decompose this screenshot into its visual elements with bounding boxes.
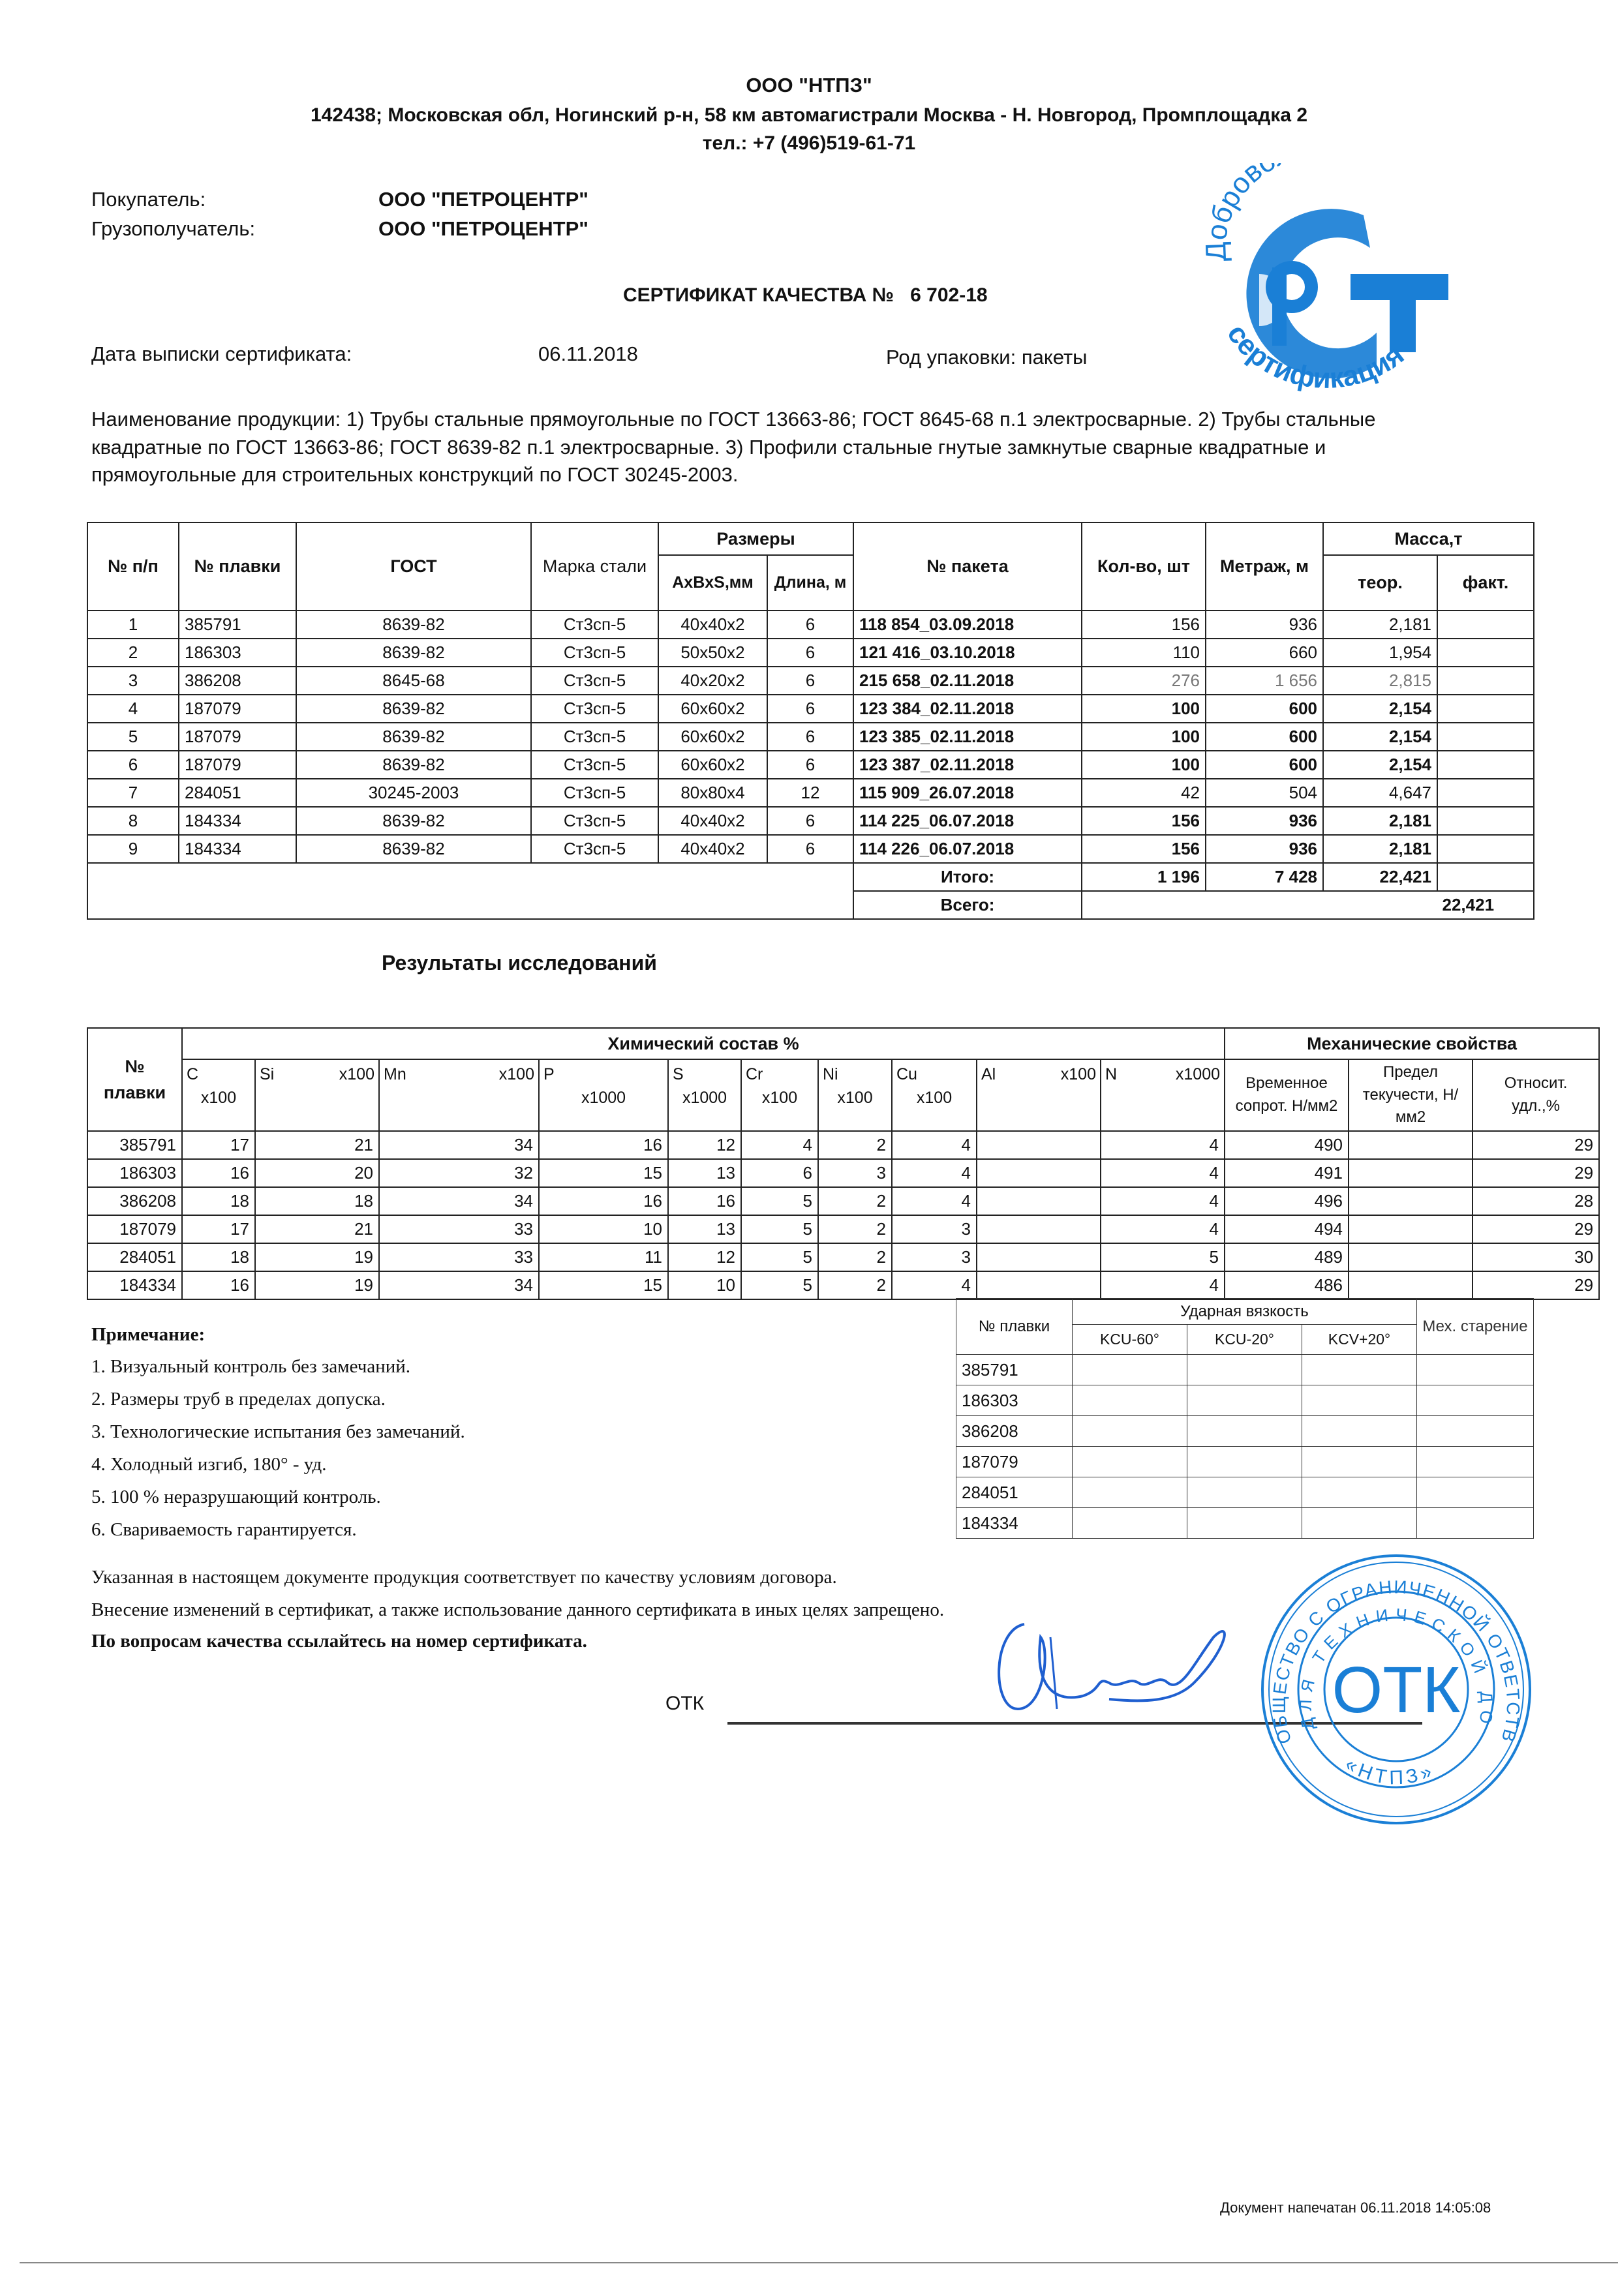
results-row: 3862081818341616524449628 [87, 1187, 1599, 1215]
cell-aging [1417, 1385, 1534, 1416]
shipment-table: № п/п № плавки ГОСТ Марка стали Размеры … [87, 522, 1534, 920]
cell-meters: 936 [1206, 835, 1323, 863]
res-col-chem: Химический состав % [182, 1028, 1225, 1059]
element-unit: x1000 [1176, 1063, 1220, 1086]
cell-num: 5 [87, 723, 179, 751]
cell-kcu60 [1073, 1416, 1187, 1447]
cell-fact [1437, 695, 1534, 723]
cell-yield [1349, 1159, 1473, 1187]
cell-qty: 156 [1082, 611, 1206, 639]
cell-size: 40x40x2 [658, 611, 767, 639]
cell-heat: 186303 [179, 639, 296, 667]
cell-cr: 4 [741, 1131, 818, 1159]
cell-package: 121 416_03.10.2018 [853, 639, 1082, 667]
element-symbol: Cu [896, 1065, 917, 1083]
element-symbol: Ni [823, 1065, 838, 1083]
cert-date-value: 06.11.2018 [538, 342, 638, 366]
cell-length: 6 [767, 695, 853, 723]
cell-theor: 1,954 [1323, 639, 1437, 667]
impact-table: № плавки Ударная вязкость Мех. старение … [956, 1298, 1534, 1539]
buyer-label: Покупатель: [91, 188, 206, 211]
notes-title: Примечание: [91, 1324, 205, 1346]
cell-p: 15 [539, 1271, 668, 1299]
cell-meters: 936 [1206, 807, 1323, 835]
col-package: № пакета [853, 522, 1082, 611]
res-col-p: Px1000 [539, 1059, 668, 1131]
cell-kcu20 [1187, 1508, 1302, 1539]
cell-al [977, 1187, 1101, 1215]
packaging-type: Род упаковки: пакеты [886, 346, 1087, 369]
cell-fact [1437, 807, 1534, 835]
cell-grade: Ст3сп-5 [531, 779, 658, 807]
cell-heat: 386208 [179, 667, 296, 695]
cell-size: 80x80x4 [658, 779, 767, 807]
results-row: 2840511819331112523548930 [87, 1243, 1599, 1271]
cell-c: 18 [182, 1243, 255, 1271]
cell-s: 13 [668, 1159, 741, 1187]
shipment-row: 41870798639-82Ст3сп-560x60x26123 384_02.… [87, 695, 1534, 723]
cell-heat: 186303 [87, 1159, 182, 1187]
cell-kcu20 [1187, 1385, 1302, 1416]
cell-grade: Ст3сп-5 [531, 639, 658, 667]
cell-kcu60 [1073, 1355, 1187, 1385]
cell-heat: 184334 [87, 1271, 182, 1299]
cell-cu: 4 [892, 1187, 977, 1215]
cell-kcu20 [1187, 1447, 1302, 1477]
cell-heat: 187079 [179, 751, 296, 779]
results-row: 3857911721341612424449029 [87, 1131, 1599, 1159]
cell-gost: 8639-82 [296, 695, 531, 723]
rst-logo-icon: Добровольная сертификация [1187, 163, 1461, 411]
cell-num: 7 [87, 779, 179, 807]
cell-mn: 32 [379, 1159, 539, 1187]
cell-theor: 2,154 [1323, 723, 1437, 751]
cell-package: 123 387_02.11.2018 [853, 751, 1082, 779]
shipment-row: 61870798639-82Ст3сп-560x60x26123 387_02.… [87, 751, 1534, 779]
cell-length: 6 [767, 639, 853, 667]
cell-package: 215 658_02.11.2018 [853, 667, 1082, 695]
col-fact: факт. [1437, 555, 1534, 611]
note-item: 3. Технологические испытания без замечан… [91, 1415, 465, 1448]
product-name-line-2: квадратные по ГОСТ 13663-86; ГОСТ 8639-8… [91, 436, 1326, 459]
cell-heat: 385791 [179, 611, 296, 639]
cell-qty: 156 [1082, 835, 1206, 863]
element-symbol: Si [260, 1065, 274, 1083]
cell-theor: 2,154 [1323, 695, 1437, 723]
cell-p: 11 [539, 1243, 668, 1271]
results-table: № плавки Химический состав % Механически… [87, 1027, 1600, 1300]
cell-yield [1349, 1215, 1473, 1243]
cell-al [977, 1131, 1101, 1159]
cell-heat: 184334 [179, 835, 296, 863]
cell-cr: 5 [741, 1187, 818, 1215]
col-meters: Метраж, м [1206, 522, 1323, 611]
cell-kcu60 [1073, 1477, 1187, 1508]
cell-ni: 2 [818, 1187, 892, 1215]
cell-s: 12 [668, 1131, 741, 1159]
cell-fact [1437, 751, 1534, 779]
company-name: ООО "НТПЗ" [0, 74, 1618, 97]
res-col-mn: Mnx100 [379, 1059, 539, 1131]
cell-p: 15 [539, 1159, 668, 1187]
cell-s: 13 [668, 1215, 741, 1243]
cell-meters: 600 [1206, 695, 1323, 723]
cell-package: 114 225_06.07.2018 [853, 807, 1082, 835]
cell-ni: 2 [818, 1271, 892, 1299]
cell-si: 19 [255, 1271, 379, 1299]
product-name-line-1: Наименование продукции: 1) Трубы стальны… [91, 408, 1375, 431]
cell-aging [1417, 1477, 1534, 1508]
cell-gost: 8639-82 [296, 835, 531, 863]
cell-si: 21 [255, 1215, 379, 1243]
otk-center-text: ОТК [1332, 1654, 1460, 1727]
cell-si: 19 [255, 1243, 379, 1271]
element-symbol: S [673, 1065, 684, 1083]
subtotal-row: Итого: 1 196 7 428 22,421 [87, 863, 1534, 891]
impact-row: 385791 [956, 1355, 1534, 1385]
note-item: 5. 100 % неразрушающий контроль. [91, 1481, 465, 1513]
impact-row: 184334 [956, 1508, 1534, 1539]
col-dims: Размеры [658, 522, 853, 555]
res-col-cu: Cux100 [892, 1059, 977, 1131]
results-row: 1863031620321513634449129 [87, 1159, 1599, 1187]
cell-size: 60x60x2 [658, 695, 767, 723]
imp-col-aging: Мех. старение [1417, 1299, 1534, 1355]
cell-kcv20 [1302, 1355, 1417, 1385]
company-address: 142438; Московская обл, Ногинский р-н, 5… [0, 104, 1618, 127]
signature-label: ОТК [665, 1693, 704, 1715]
res-col-yield: Предел текучести, Н/мм2 [1349, 1059, 1473, 1131]
cell-kcv20 [1302, 1385, 1417, 1416]
cell-al [977, 1159, 1101, 1187]
col-gost: ГОСТ [296, 522, 531, 611]
cell-grade: Ст3сп-5 [531, 611, 658, 639]
cell-size: 60x60x2 [658, 751, 767, 779]
subtotal-meters: 7 428 [1206, 863, 1323, 891]
cell-num: 6 [87, 751, 179, 779]
cell-meters: 660 [1206, 639, 1323, 667]
buyer-value: ООО "ПЕТРОЦЕНТР" [378, 188, 588, 211]
res-col-n: Nx1000 [1101, 1059, 1225, 1131]
impact-row: 386208 [956, 1416, 1534, 1447]
cell-cu: 3 [892, 1243, 977, 1271]
cell-heat: 187079 [956, 1447, 1073, 1477]
element-symbol: P [543, 1065, 555, 1083]
cell-heat: 386208 [87, 1187, 182, 1215]
cell-cr: 6 [741, 1159, 818, 1187]
cell-tensile: 490 [1225, 1131, 1349, 1159]
shipment-row: 13857918639-82Ст3сп-540x40x26118 854_03.… [87, 611, 1534, 639]
cell-fact [1437, 779, 1534, 807]
cell-length: 6 [767, 807, 853, 835]
cell-elong: 30 [1473, 1243, 1599, 1271]
cell-fact [1437, 639, 1534, 667]
cell-length: 6 [767, 667, 853, 695]
cell-length: 6 [767, 751, 853, 779]
cell-elong: 28 [1473, 1187, 1599, 1215]
cell-heat: 385791 [87, 1131, 182, 1159]
cell-cr: 5 [741, 1271, 818, 1299]
note-item: 2. Размеры труб в пределах допуска. [91, 1383, 465, 1415]
impact-row: 187079 [956, 1447, 1534, 1477]
note-item: 1. Визуальный контроль без замечаний. [91, 1350, 465, 1383]
element-symbol: C [187, 1065, 198, 1083]
note-item: 6. Свариваемость гарантируется. [91, 1513, 465, 1546]
cell-n: 5 [1101, 1243, 1225, 1271]
cell-heat: 187079 [87, 1215, 182, 1243]
cell-n: 4 [1101, 1187, 1225, 1215]
cell-s: 12 [668, 1243, 741, 1271]
results-title: Результаты исследований [382, 951, 657, 975]
notes-list: 1. Визуальный контроль без замечаний.2. … [91, 1350, 465, 1546]
cell-c: 16 [182, 1271, 255, 1299]
imp-col-kcu60: KCU-60° [1073, 1325, 1187, 1355]
cell-package: 118 854_03.09.2018 [853, 611, 1082, 639]
cell-fact [1437, 611, 1534, 639]
cell-p: 16 [539, 1187, 668, 1215]
cell-num: 4 [87, 695, 179, 723]
cell-al [977, 1243, 1101, 1271]
element-unit: x100 [1061, 1063, 1096, 1086]
element-symbol: Cr [746, 1065, 763, 1083]
cell-c: 18 [182, 1187, 255, 1215]
results-row: 1870791721331013523449429 [87, 1215, 1599, 1243]
cell-size: 40x40x2 [658, 835, 767, 863]
cell-cu: 4 [892, 1271, 977, 1299]
element-unit: x100 [823, 1086, 887, 1110]
cell-cr: 5 [741, 1215, 818, 1243]
cell-meters: 504 [1206, 779, 1323, 807]
cell-n: 4 [1101, 1131, 1225, 1159]
res-col-mech: Механические свойства [1225, 1028, 1599, 1059]
imp-col-heat: № плавки [956, 1299, 1073, 1355]
cell-cu: 3 [892, 1215, 977, 1243]
cell-kcv20 [1302, 1447, 1417, 1477]
cell-yield [1349, 1187, 1473, 1215]
cell-grade: Ст3сп-5 [531, 695, 658, 723]
cell-size: 40x20x2 [658, 667, 767, 695]
cell-cr: 5 [741, 1243, 818, 1271]
cell-s: 16 [668, 1187, 741, 1215]
cell-grade: Ст3сп-5 [531, 667, 658, 695]
cell-kcu60 [1073, 1508, 1187, 1539]
cell-heat: 187079 [179, 723, 296, 751]
cell-n: 4 [1101, 1215, 1225, 1243]
cell-theor: 4,647 [1323, 779, 1437, 807]
element-symbol: Mn [384, 1065, 406, 1083]
cell-aging [1417, 1416, 1534, 1447]
subtotal-qty: 1 196 [1082, 863, 1206, 891]
res-col-ni: Nix100 [818, 1059, 892, 1131]
conformity-line-1: Указанная в настоящем документе продукци… [91, 1567, 837, 1588]
cell-meters: 600 [1206, 723, 1323, 751]
conformity-line-3: По вопросам качества ссылайтесь на номер… [91, 1631, 587, 1652]
cell-yield [1349, 1271, 1473, 1299]
cell-kcv20 [1302, 1477, 1417, 1508]
element-unit: x1000 [543, 1086, 664, 1110]
totals-blank [87, 863, 853, 919]
res-col-tensile: Временное сопрот. Н/мм2 [1225, 1059, 1349, 1131]
product-name-line-3: прямоугольные для строительных конструкц… [91, 463, 738, 487]
col-grade: Марка стали [531, 522, 658, 611]
element-unit: x100 [339, 1063, 374, 1086]
cell-s: 10 [668, 1271, 741, 1299]
cell-yield [1349, 1243, 1473, 1271]
results-row: 1843341619341510524448629 [87, 1271, 1599, 1299]
cell-kcv20 [1302, 1416, 1417, 1447]
cell-elong: 29 [1473, 1159, 1599, 1187]
cell-mn: 33 [379, 1243, 539, 1271]
cell-qty: 276 [1082, 667, 1206, 695]
voluntary-certification-stamp: Добровольная сертификация [1187, 163, 1461, 411]
cell-fact [1437, 835, 1534, 863]
element-symbol: N [1105, 1065, 1117, 1083]
footer-rule [20, 2262, 1618, 2263]
cell-elong: 29 [1473, 1131, 1599, 1159]
cell-yield [1349, 1131, 1473, 1159]
cell-num: 9 [87, 835, 179, 863]
impact-row: 186303 [956, 1385, 1534, 1416]
shipment-row: 33862088645-68Ст3сп-540x20x26215 658_02.… [87, 667, 1534, 695]
cell-theor: 2,181 [1323, 807, 1437, 835]
element-unit: x100 [187, 1086, 251, 1110]
shipment-row: 21863038639-82Ст3сп-550x50x26121 416_03.… [87, 639, 1534, 667]
imp-col-kcv20: KCV+20° [1302, 1325, 1417, 1355]
col-mass: Масса,т [1323, 522, 1534, 555]
cell-kcu20 [1187, 1355, 1302, 1385]
element-unit: x100 [499, 1063, 534, 1086]
cell-num: 1 [87, 611, 179, 639]
cell-meters: 600 [1206, 751, 1323, 779]
subtotal-label: Итого: [853, 863, 1082, 891]
cell-n: 4 [1101, 1159, 1225, 1187]
cell-heat: 284051 [179, 779, 296, 807]
cell-heat: 284051 [87, 1243, 182, 1271]
cell-elong: 29 [1473, 1215, 1599, 1243]
element-symbol: Al [981, 1065, 996, 1083]
cell-ni: 3 [818, 1159, 892, 1187]
cell-grade: Ст3сп-5 [531, 723, 658, 751]
impact-row: 284051 [956, 1477, 1534, 1508]
res-col-elong: Относит. удл.,% [1473, 1059, 1599, 1131]
shipment-row: 81843348639-82Ст3сп-540x40x26114 225_06.… [87, 807, 1534, 835]
cell-package: 115 909_26.07.2018 [853, 779, 1082, 807]
res-col-heat: № плавки [87, 1028, 182, 1131]
cell-size: 50x50x2 [658, 639, 767, 667]
cell-mn: 34 [379, 1187, 539, 1215]
cell-p: 10 [539, 1215, 668, 1243]
res-col-si: Six100 [255, 1059, 379, 1131]
cell-tensile: 494 [1225, 1215, 1349, 1243]
cell-qty: 156 [1082, 807, 1206, 835]
res-col-cr: Crx100 [741, 1059, 818, 1131]
shipment-row: 51870798639-82Ст3сп-560x60x26123 385_02.… [87, 723, 1534, 751]
total-value: 22,421 [1082, 891, 1534, 919]
otk-stamp: ОБЩЕСТВО С ОГРАНИЧЕННОЙ ОТВЕТСТВЕННОСТЬЮ… [1253, 1546, 1540, 1833]
cell-si: 20 [255, 1159, 379, 1187]
shipment-row: 728405130245-2003Ст3сп-580x80x412115 909… [87, 779, 1534, 807]
cell-length: 6 [767, 611, 853, 639]
cell-mn: 34 [379, 1131, 539, 1159]
cell-fact [1437, 667, 1534, 695]
cell-c: 16 [182, 1159, 255, 1187]
cell-al [977, 1215, 1101, 1243]
cell-qty: 42 [1082, 779, 1206, 807]
certificate-title: СЕРТИФИКАТ КАЧЕСТВА № 6 702-18 [623, 284, 988, 307]
cell-kcu60 [1073, 1385, 1187, 1416]
cell-gost: 8639-82 [296, 751, 531, 779]
cell-gost: 8639-82 [296, 807, 531, 835]
cell-grade: Ст3сп-5 [531, 751, 658, 779]
cell-gost: 8639-82 [296, 611, 531, 639]
cell-al [977, 1271, 1101, 1299]
cell-theor: 2,154 [1323, 751, 1437, 779]
cell-size: 40x40x2 [658, 807, 767, 835]
conformity-line-2: Внесение изменений в сертификат, а также… [91, 1599, 944, 1621]
cell-qty: 100 [1082, 695, 1206, 723]
cell-tensile: 486 [1225, 1271, 1349, 1299]
imp-col-impact: Ударная вязкость [1073, 1299, 1417, 1325]
cell-package: 123 384_02.11.2018 [853, 695, 1082, 723]
consignee-label: Грузополучатель: [91, 217, 255, 241]
element-unit: x100 [746, 1086, 814, 1110]
res-col-al: Alx100 [977, 1059, 1101, 1131]
cell-kcu20 [1187, 1416, 1302, 1447]
cell-kcv20 [1302, 1508, 1417, 1539]
cell-meters: 1 656 [1206, 667, 1323, 695]
print-timestamp: Документ напечатан 06.11.2018 14:05:08 [1220, 2199, 1491, 2216]
cell-ni: 2 [818, 1131, 892, 1159]
cell-heat: 184334 [179, 807, 296, 835]
element-unit: x100 [896, 1086, 972, 1110]
cell-length: 6 [767, 835, 853, 863]
imp-col-kcu20: KCU-20° [1187, 1325, 1302, 1355]
cell-heat: 187079 [179, 695, 296, 723]
res-col-c: Cx100 [182, 1059, 255, 1131]
cell-kcu60 [1073, 1447, 1187, 1477]
cell-tensile: 491 [1225, 1159, 1349, 1187]
cell-mn: 34 [379, 1271, 539, 1299]
cell-gost: 30245-2003 [296, 779, 531, 807]
shipment-row: 91843348639-82Ст3сп-540x40x26114 226_06.… [87, 835, 1534, 863]
cell-num: 2 [87, 639, 179, 667]
cell-ni: 2 [818, 1215, 892, 1243]
res-col-s: Sx1000 [668, 1059, 741, 1131]
cell-gost: 8645-68 [296, 667, 531, 695]
company-phone: тел.: +7 (496)519-61-71 [0, 132, 1618, 155]
cell-length: 12 [767, 779, 853, 807]
cell-theor: 2,181 [1323, 611, 1437, 639]
cell-num: 3 [87, 667, 179, 695]
otk-seal-icon: ОБЩЕСТВО С ОГРАНИЧЕННОЙ ОТВЕТСТВЕННОСТЬЮ… [1253, 1546, 1540, 1833]
element-unit: x1000 [673, 1086, 737, 1110]
subtotal-fact [1437, 863, 1534, 891]
cell-gost: 8639-82 [296, 639, 531, 667]
cell-tensile: 496 [1225, 1187, 1349, 1215]
cell-kcu20 [1187, 1477, 1302, 1508]
cell-theor: 2,181 [1323, 835, 1437, 863]
cell-num: 8 [87, 807, 179, 835]
cell-package: 123 385_02.11.2018 [853, 723, 1082, 751]
col-theor: теор. [1323, 555, 1437, 611]
cell-heat: 284051 [956, 1477, 1073, 1508]
cell-heat: 186303 [956, 1385, 1073, 1416]
cell-aging [1417, 1447, 1534, 1477]
cell-p: 16 [539, 1131, 668, 1159]
cell-qty: 100 [1082, 723, 1206, 751]
cell-si: 18 [255, 1187, 379, 1215]
cell-mn: 33 [379, 1215, 539, 1243]
